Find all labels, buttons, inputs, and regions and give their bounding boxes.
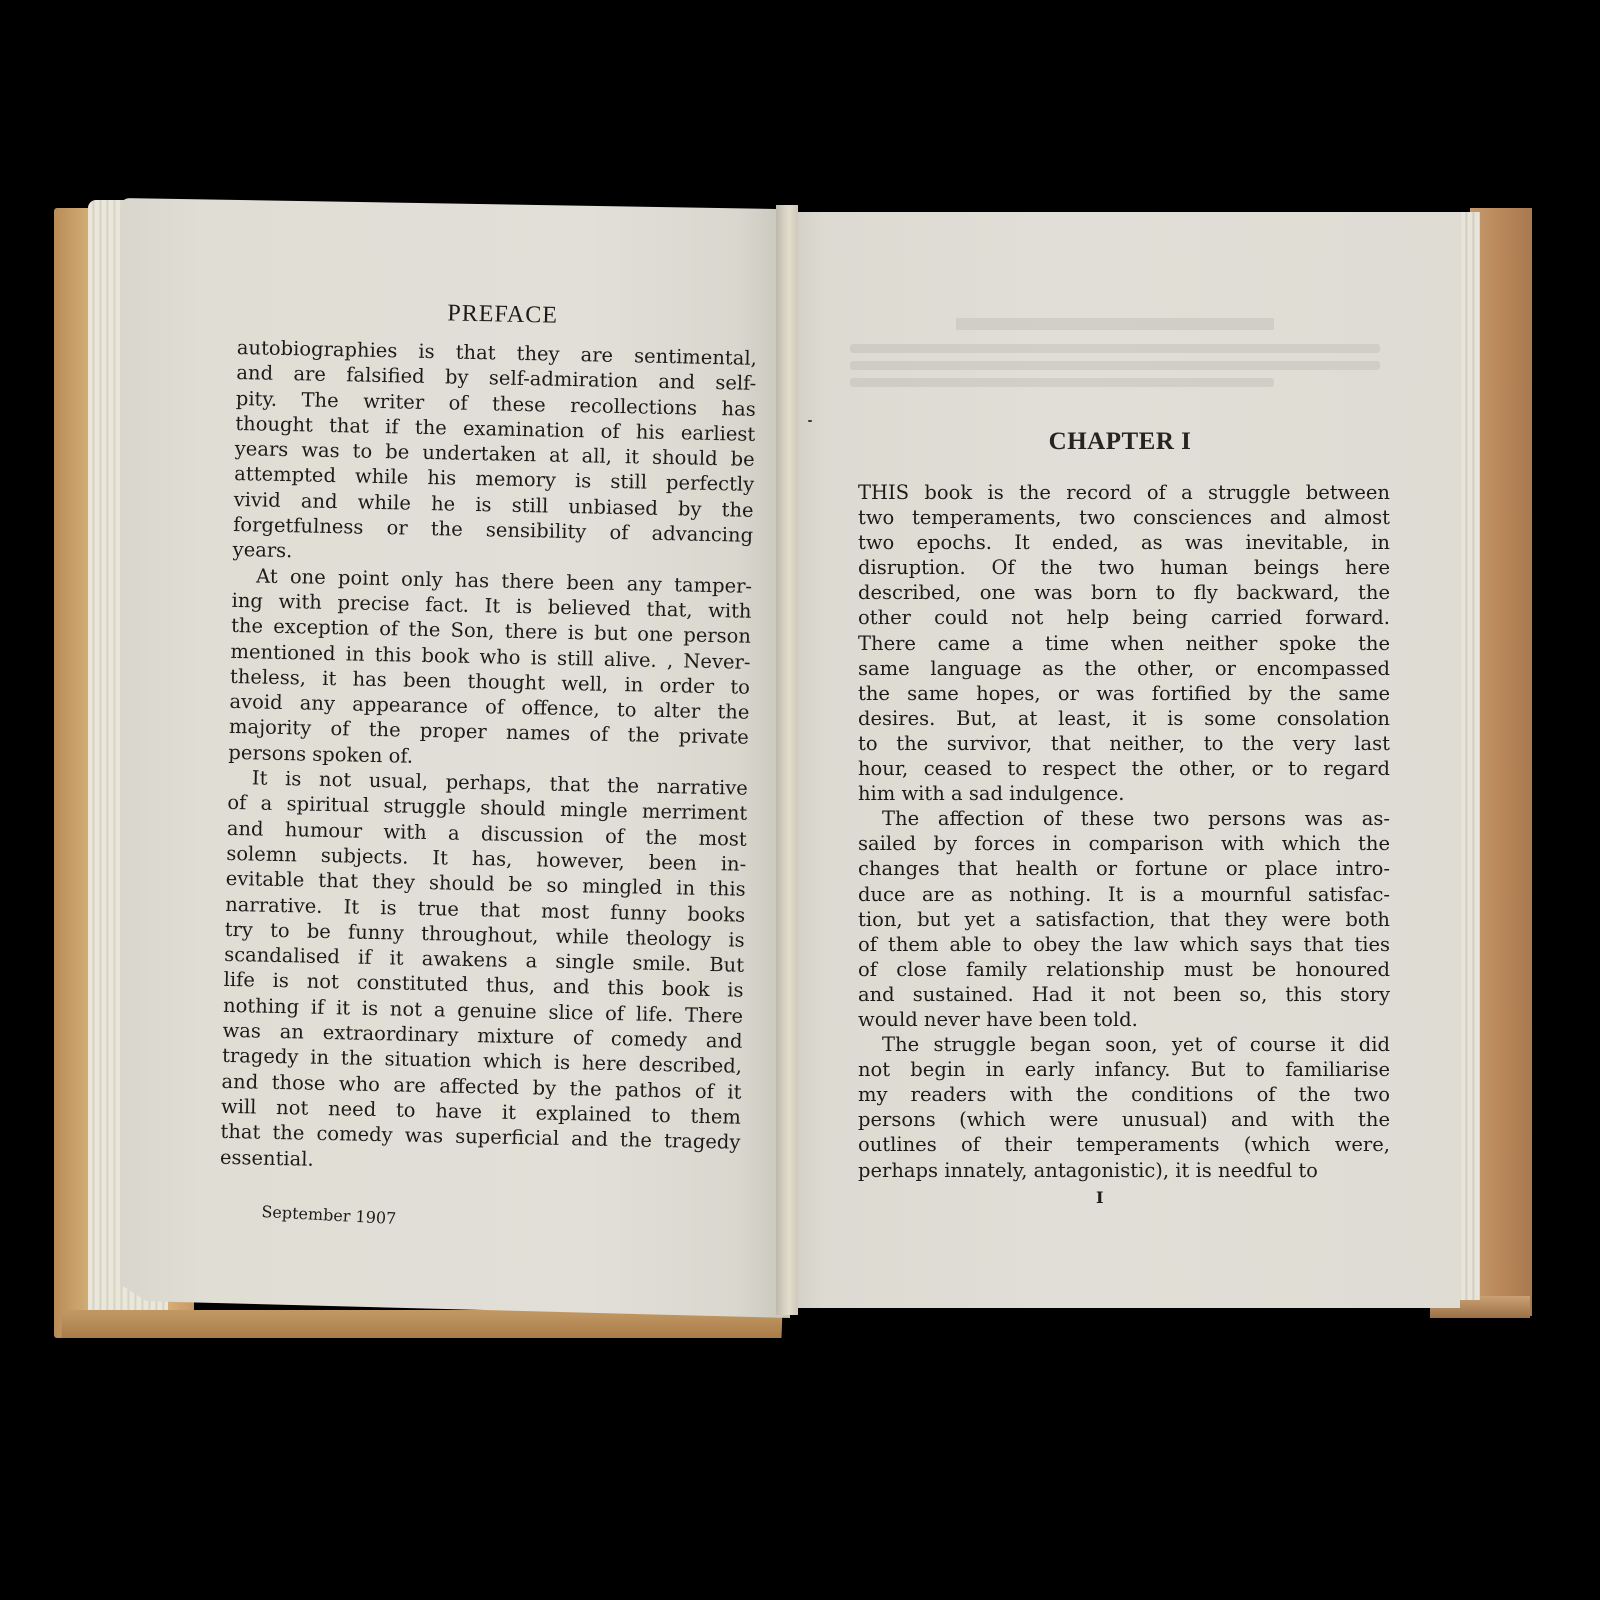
text-line: same language as the other, or encompass… (858, 656, 1390, 681)
text-line: him with a sad indulgence. (858, 781, 1390, 806)
text-line: not begin in early infancy. But to famil… (858, 1057, 1390, 1082)
preface-paragraphs: autobiographies is that they are sentime… (220, 335, 757, 1181)
paragraph: THIS book is the record of a struggle be… (858, 480, 1390, 806)
text-line: of close family relationship must be hon… (858, 957, 1390, 982)
text-line: There came a time when neither spoke the (858, 631, 1390, 656)
text-line: described, one was born to fly backward,… (858, 580, 1390, 605)
text-line: desires. But, at least, it is some conso… (858, 706, 1390, 731)
text-line: The affection of these two persons was a… (858, 806, 1390, 831)
text-line: perhaps innately, antagonistic), it is n… (858, 1158, 1390, 1183)
text-line: other could not help being carried forwa… (858, 605, 1390, 630)
text-line: outlines of their temperaments (which we… (858, 1132, 1390, 1157)
paragraph: It is not usual, perhaps, that the narra… (220, 765, 748, 1181)
paper-speck (808, 420, 812, 422)
chapter-text-block: THIS book is the record of a struggle be… (858, 480, 1390, 1183)
text-line: hour, ceased to respect the other, or to… (858, 756, 1390, 781)
paragraph: At one point only has there been any tam… (228, 563, 752, 776)
chapter-paragraphs: THIS book is the record of a struggle be… (858, 480, 1390, 1183)
chapter-title: CHAPTER I (1020, 428, 1220, 456)
text-line: to the survivor, that neither, to the ve… (858, 731, 1390, 756)
text-line: tion, but yet a satisfaction, that they … (858, 907, 1390, 932)
text-line: and sustained. Had it not been so, this … (858, 982, 1390, 1007)
page-number: I (1096, 1188, 1103, 1207)
open-book: PREFACE autobiographies is that they are… (0, 0, 1600, 1600)
paragraph: autobiographies is that they are sentime… (232, 335, 757, 574)
paragraph: The affection of these two persons was a… (858, 806, 1390, 1032)
text-line: persons (which were unusual) and with th… (858, 1107, 1390, 1132)
text-line: The struggle began soon, yet of course i… (858, 1032, 1390, 1057)
book-gutter (776, 205, 798, 1315)
text-line: the same hopes, or was fortified by the … (858, 681, 1390, 706)
text-line: changes that health or fortune or place … (858, 856, 1390, 881)
text-line: two epochs. It ended, as was inevitable,… (858, 530, 1390, 555)
text-line: sailed by forces in comparison with whic… (858, 831, 1390, 856)
bleed-through-text (850, 318, 1380, 398)
text-line: THIS book is the record of a struggle be… (858, 480, 1390, 505)
preface-text-block: PREFACE autobiographies is that they are… (220, 296, 758, 1180)
text-line: duce are as nothing. It is a mournful sa… (858, 882, 1390, 907)
text-line: would never have been told. (858, 1007, 1390, 1032)
text-line: two temperaments, two consciences and al… (858, 505, 1390, 530)
text-line: my readers with the conditions of the tw… (858, 1082, 1390, 1107)
paragraph: The struggle began soon, yet of course i… (858, 1032, 1390, 1183)
text-line: disruption. Of the two human beings here (858, 555, 1390, 580)
text-line: of them able to obey the law which says … (858, 932, 1390, 957)
